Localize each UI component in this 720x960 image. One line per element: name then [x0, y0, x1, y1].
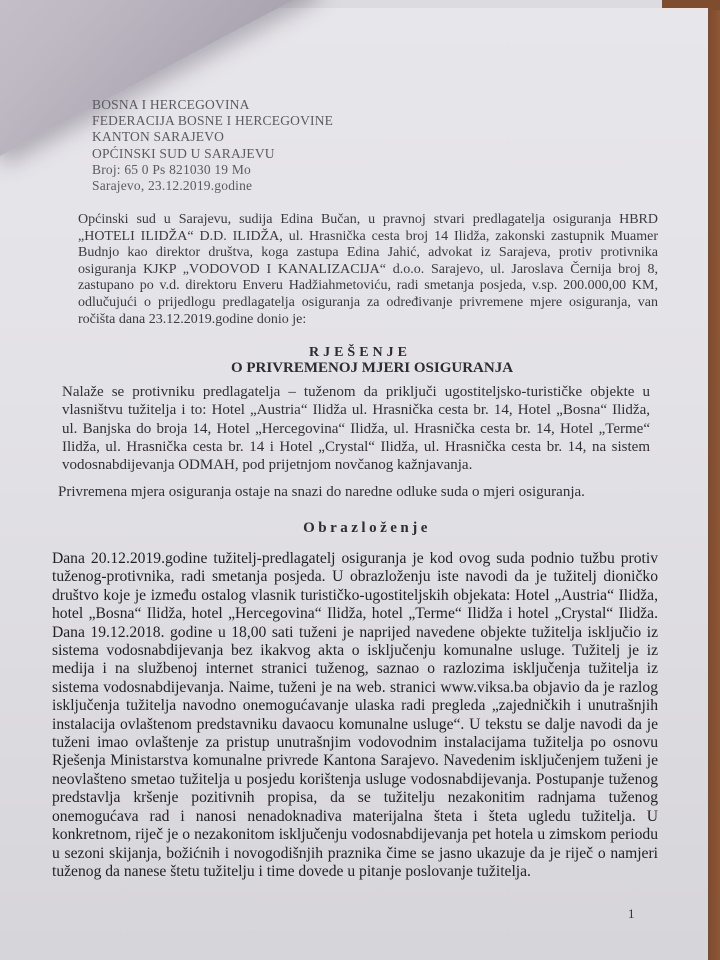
reasoning-title: Obrazloženje [0, 520, 720, 537]
header-line-date: Sarajevo, 23.12.2019.godine [92, 178, 333, 194]
intro-paragraph: Općinski sud u Sarajevu, sudija Edina Bu… [78, 212, 658, 328]
document-content: BOSNA I HERCEGOVINA FEDERACIJA BOSNE I H… [0, 0, 720, 960]
decision-title: RJEŠENJE [0, 345, 720, 361]
header-line-country: BOSNA I HERCEGOVINA [92, 97, 333, 113]
decision-subtitle: O PRIVREMENOJ MJERI OSIGURANJA [0, 360, 720, 377]
validity-paragraph: Privremena mjera osiguranja ostaje na sn… [58, 484, 658, 501]
header-line-canton: KANTON SARAJEVO [92, 129, 333, 145]
header-line-court: OPĆINSKI SUD U SARAJEVU [92, 146, 333, 162]
order-paragraph: Nalaže se protivniku predlagatelja – tuž… [62, 383, 650, 474]
court-header: BOSNA I HERCEGOVINA FEDERACIJA BOSNE I H… [92, 97, 333, 194]
header-line-case-number: Broj: 65 0 Ps 821030 19 Mo [92, 162, 333, 178]
header-line-federation: FEDERACIJA BOSNE I HERCEGOVINE [92, 113, 333, 129]
page-number: 1 [628, 906, 635, 922]
reasoning-paragraph: Dana 20.12.2019.godine tužitelj-predlaga… [52, 550, 658, 881]
